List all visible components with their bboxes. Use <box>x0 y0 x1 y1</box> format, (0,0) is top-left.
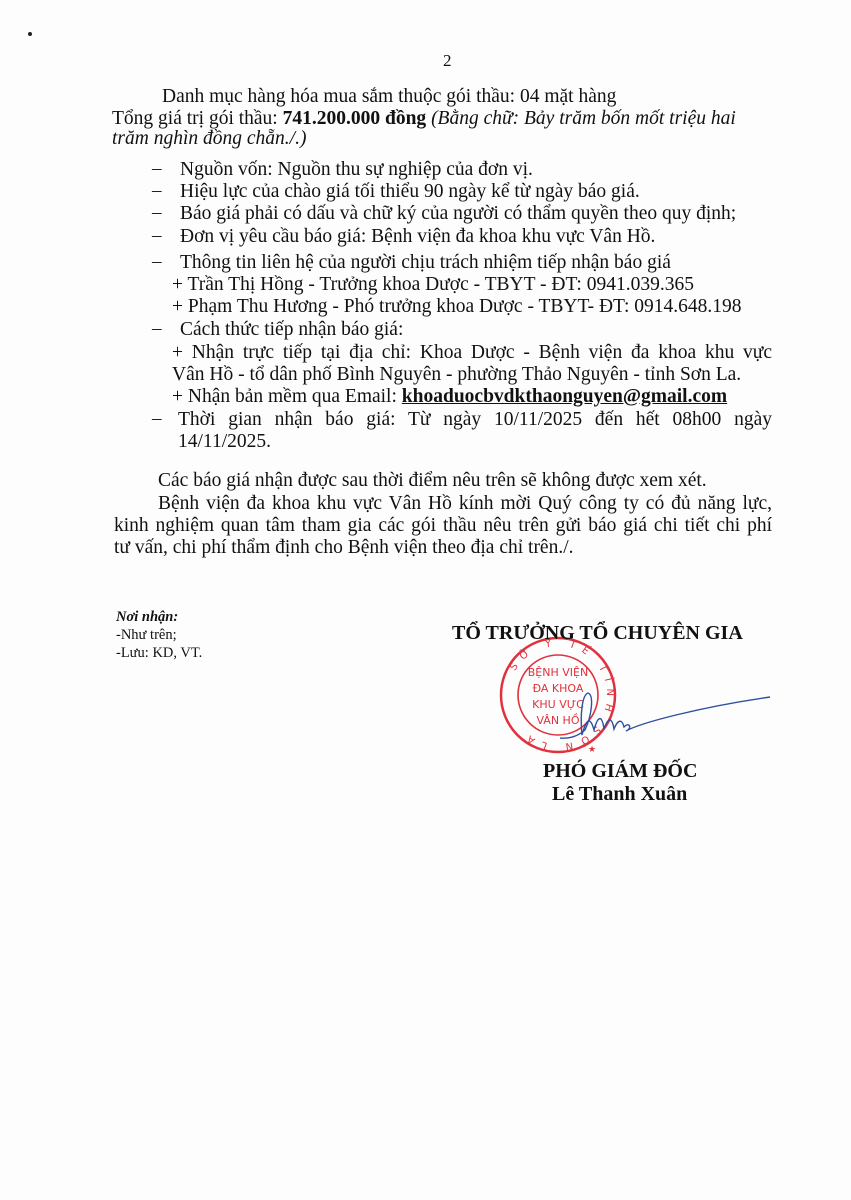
list-item: Đơn vị yêu cầu báo giá: Bệnh viện đa kho… <box>180 226 655 248</box>
page-number: 2 <box>443 50 452 72</box>
dash-icon: – <box>152 225 162 247</box>
total-in-words-cont: trăm nghìn đồng chẵn./.) <box>112 128 306 150</box>
scan-speck <box>28 32 32 36</box>
dash-icon: – <box>152 158 162 180</box>
receive-time-cont: 14/11/2025. <box>178 431 271 453</box>
contact-1: + Trần Thị Hồng - Trưởng khoa Dược - TBY… <box>172 274 694 296</box>
total-value: 741.200.000 đồng <box>283 108 427 129</box>
receive-direct: + Nhận trực tiếp tại địa chỉ: Khoa Dược … <box>172 342 772 364</box>
signer-name: Lê Thanh Xuân <box>552 783 687 805</box>
goods-list-line: Danh mục hàng hóa mua sắm thuộc gói thầu… <box>162 86 616 108</box>
total-label: Tổng giá trị gói thầu: <box>112 108 283 129</box>
signature-group-title: TỔ TRƯỞNG TỔ CHUYÊN GIA <box>452 622 743 644</box>
invitation-line-3: tư vấn, chi phí thẩm định cho Bệnh viện … <box>114 537 574 559</box>
list-item: Hiệu lực của chào giá tối thiểu 90 ngày … <box>180 181 640 203</box>
closing-note: Các báo giá nhận được sau thời điểm nêu … <box>158 470 707 492</box>
dash-icon: – <box>152 202 162 224</box>
invitation-line-1: Bệnh viện đa khoa khu vực Vân Hồ kính mờ… <box>158 493 772 515</box>
total-in-words: (Bằng chữ: Bảy trăm bốn mốt triệu hai <box>426 108 736 129</box>
email-link[interactable]: khoaduocbvdkthaonguyen@gmail.com <box>402 386 727 407</box>
recipient-item: -Như trên; <box>116 627 177 644</box>
dash-icon: – <box>152 251 162 273</box>
receive-direct-address: Vân Hồ - tổ dân phố Bình Nguyên - phường… <box>172 364 741 386</box>
list-item: Nguồn vốn: Nguồn thu sự nghiệp của đơn v… <box>180 159 533 181</box>
contact-2: + Phạm Thu Hương - Phó trưởng khoa Dược … <box>172 296 742 318</box>
total-value-line: Tổng giá trị gói thầu: 741.200.000 đồng … <box>112 108 780 130</box>
recipient-item: -Lưu: KD, VT. <box>116 645 202 662</box>
dash-icon: – <box>152 318 162 340</box>
email-label: + Nhận bản mềm qua Email: <box>172 386 402 407</box>
handwritten-signature <box>560 685 780 745</box>
signer-position: PHÓ GIÁM ĐỐC <box>543 760 697 782</box>
invitation-line-2: kinh nghiệm quan tâm tham gia các gói th… <box>114 515 772 537</box>
recipients-title: Nơi nhận: <box>116 609 178 626</box>
star-icon: ★ <box>588 744 596 754</box>
receive-time: Thời gian nhận báo giá: Từ ngày 10/11/20… <box>178 409 772 431</box>
dash-icon: – <box>152 180 162 202</box>
dash-icon: – <box>152 408 162 430</box>
list-item: Báo giá phải có dấu và chữ ký của người … <box>180 203 736 225</box>
stamp-line: BỆNH VIỆN <box>528 666 588 679</box>
receive-method-label: Cách thức tiếp nhận báo giá: <box>180 319 403 341</box>
receive-email-line: + Nhận bản mềm qua Email: khoaduocbvdkth… <box>172 386 727 408</box>
list-item: Thông tin liên hệ của người chịu trách n… <box>180 252 671 274</box>
